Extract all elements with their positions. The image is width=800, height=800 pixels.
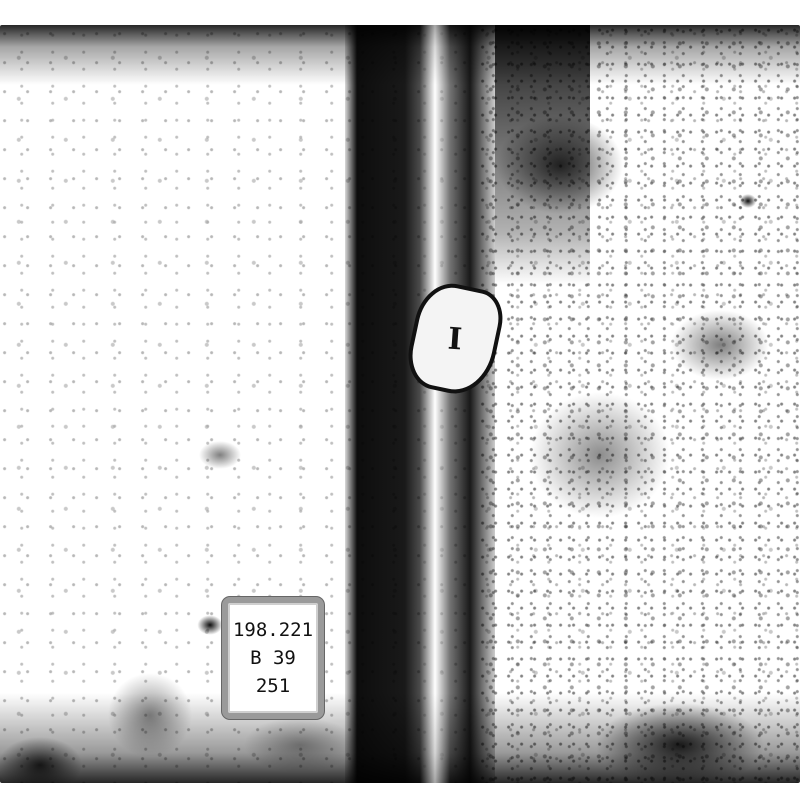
call-number-line-1: 198.221 (233, 618, 313, 642)
book-spine (345, 25, 495, 783)
spine-tag-mark: I (447, 321, 463, 357)
call-number-label: 198.221 B 39 251 (222, 597, 324, 719)
call-number-line-2: B 39 (250, 646, 296, 670)
scanned-book-cover: I 198.221 B 39 251 (0, 0, 800, 800)
call-number-line-3: 251 (256, 674, 290, 698)
spine-shadow (495, 25, 590, 285)
